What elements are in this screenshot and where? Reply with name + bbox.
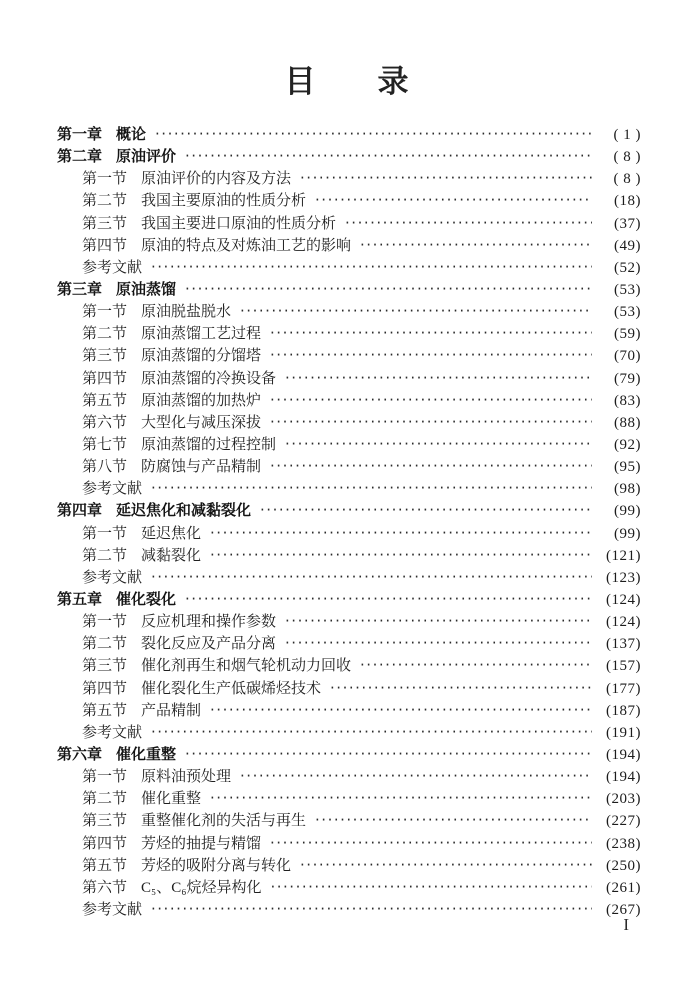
dot-leader (185, 588, 592, 610)
toc-entry: 第七节原油蒸馏的过程控制(92) (57, 433, 641, 455)
toc-entry-page: (92) (599, 434, 641, 456)
dot-leader (210, 522, 592, 544)
toc-entry-page: (59) (599, 323, 641, 345)
dot-leader (315, 809, 592, 831)
dot-leader (285, 367, 592, 389)
dot-leader (185, 743, 592, 765)
toc-entry-label: 第三节 (82, 810, 127, 832)
toc-entry: 第三节我国主要进口原油的性质分析(37) (57, 212, 641, 234)
toc-entry: 第一节原油评价的内容及方法( 8 ) (57, 167, 641, 189)
toc-entry: 第三节重整催化剂的失活与再生(227) (57, 809, 641, 831)
dot-leader (155, 123, 592, 145)
toc-entry-page: (18) (599, 190, 641, 212)
toc-entry-label: 第二节 (82, 633, 127, 655)
toc-entry-label: 第一节 (82, 168, 127, 190)
dot-leader (270, 832, 592, 854)
toc-entry-title: 原油的特点及对炼油工艺的影响 (141, 235, 351, 257)
toc-entry-page: (261) (599, 877, 641, 899)
dot-leader (240, 765, 592, 787)
toc-entry: 参考文献(98) (57, 477, 641, 499)
toc-entry-title: 参考文献 (82, 478, 142, 500)
dot-leader (185, 278, 592, 300)
toc-entry-title: 延迟焦化和减黏裂化 (116, 500, 251, 522)
toc-entry-title: 产品精制 (141, 700, 201, 722)
dot-leader (151, 721, 592, 743)
toc-entry-page: (123) (599, 567, 641, 589)
toc-entry-label: 第五节 (82, 390, 127, 412)
toc-entry-page: (99) (599, 523, 641, 545)
toc-entry-label: 第五节 (82, 700, 127, 722)
toc-entry-label: 第六节 (82, 412, 127, 434)
toc-entry: 第一节反应机理和操作参数(124) (57, 610, 641, 632)
toc-entry: 第五节产品精制(187) (57, 699, 641, 721)
toc-entry-title: 原油评价的内容及方法 (141, 168, 291, 190)
toc-entry-title: 原油评价 (116, 146, 176, 168)
toc-entry: 第二章原油评价( 8 ) (57, 145, 641, 167)
toc-entry: 第一节原料油预处理(194) (57, 765, 641, 787)
dot-leader (270, 344, 592, 366)
toc-entry: 第三节原油蒸馏的分馏塔(70) (57, 344, 641, 366)
dot-leader (285, 632, 592, 654)
toc-entry: 第八节防腐蚀与产品精制(95) (57, 455, 641, 477)
dot-leader (270, 389, 592, 411)
toc-entry-title: 原油蒸馏 (116, 279, 176, 301)
toc-entry: 第四节原油蒸馏的冷换设备(79) (57, 367, 641, 389)
toc-entry-page: (238) (599, 833, 641, 855)
toc-entry-label: 第二节 (82, 323, 127, 345)
toc-entry: 第一节延迟焦化(99) (57, 522, 641, 544)
toc-entry-title: 原油蒸馏的过程控制 (141, 434, 276, 456)
toc-entry: 第二节减黏裂化(121) (57, 544, 641, 566)
toc-entry-title: 参考文献 (82, 722, 142, 744)
toc-entry-title: 裂化反应及产品分离 (141, 633, 276, 655)
toc-entry-label: 第二章 (57, 146, 102, 168)
toc-entry: 第四章延迟焦化和减黏裂化(99) (57, 499, 641, 521)
toc-entry: 第四节芳烃的抽提与精馏(238) (57, 832, 641, 854)
toc-entry: 第二节原油蒸馏工艺过程(59) (57, 322, 641, 344)
toc-entry-label: 第五章 (57, 589, 102, 611)
toc-entry-page: (99) (599, 500, 641, 522)
toc-entry-label: 第八节 (82, 456, 127, 478)
toc-entry-page: (227) (599, 810, 641, 832)
toc-entry: 第三章原油蒸馏(53) (57, 278, 641, 300)
dot-leader (270, 322, 592, 344)
dot-leader (285, 610, 592, 632)
toc-list: 第一章概论( 1 )第二章原油评价( 8 )第一节原油评价的内容及方法( 8 )… (57, 123, 641, 920)
toc-entry-page: ( 1 ) (599, 124, 641, 146)
toc-entry: 参考文献(52) (57, 256, 641, 278)
toc-entry-page: (79) (599, 368, 641, 390)
toc-entry-page: (203) (599, 788, 641, 810)
toc-entry-label: 第六章 (57, 744, 102, 766)
toc-entry-label: 第六节 (82, 877, 127, 899)
toc-entry: 第三节催化剂再生和烟气轮机动力回收(157) (57, 654, 641, 676)
toc-entry: 第四节原油的特点及对炼油工艺的影响(49) (57, 234, 641, 256)
toc-entry-page: (187) (599, 700, 641, 722)
dot-leader (151, 566, 592, 588)
toc-entry-title: 减黏裂化 (141, 545, 201, 567)
toc-entry-page: (194) (599, 744, 641, 766)
toc-entry-title: 催化重整 (116, 744, 176, 766)
toc-entry-label: 第一章 (57, 124, 102, 146)
toc-entry-title: 催化裂化 (116, 589, 176, 611)
toc-entry-page: (53) (599, 279, 641, 301)
toc-entry: 第五章催化裂化(124) (57, 588, 641, 610)
toc-entry-label: 第七节 (82, 434, 127, 456)
toc-entry-label: 第三节 (82, 655, 127, 677)
page-title: 目 录 (0, 0, 693, 101)
toc-entry-label: 第四节 (82, 368, 127, 390)
toc-entry-page: (70) (599, 345, 641, 367)
toc-entry-page: ( 8 ) (599, 168, 641, 190)
dot-leader (300, 167, 592, 189)
toc-entry-page: (121) (599, 545, 641, 567)
toc-entry-page: (124) (599, 589, 641, 611)
toc-entry-title: 催化裂化生产低碳烯烃技术 (141, 678, 321, 700)
toc-entry-page: (177) (599, 678, 641, 700)
toc-entry-page: (37) (599, 213, 641, 235)
toc-entry-page: (137) (599, 633, 641, 655)
toc-entry: 第六节C₅、C₆烷烃异构化(261) (57, 876, 641, 898)
dot-leader (210, 787, 592, 809)
toc-entry: 第四节催化裂化生产低碳烯烃技术(177) (57, 677, 641, 699)
toc-entry-page: (191) (599, 722, 641, 744)
toc-entry-page: (157) (599, 655, 641, 677)
toc-entry-title: 芳烃的吸附分离与转化 (141, 855, 291, 877)
dot-leader (260, 499, 592, 521)
toc-entry-title: C₅、C₆烷烃异构化 (141, 877, 261, 899)
toc-entry-title: 原料油预处理 (141, 766, 231, 788)
toc-entry-page: (88) (599, 412, 641, 434)
toc-entry-title: 我国主要原油的性质分析 (141, 190, 306, 212)
toc-entry: 第五节原油蒸馏的加热炉(83) (57, 389, 641, 411)
toc-entry-page: (53) (599, 301, 641, 323)
toc-entry-page: (194) (599, 766, 641, 788)
dot-leader (270, 455, 592, 477)
toc-entry-label: 第二节 (82, 190, 127, 212)
dot-leader (185, 145, 592, 167)
toc-entry: 第五节芳烃的吸附分离与转化(250) (57, 854, 641, 876)
toc-entry: 第一章概论( 1 ) (57, 123, 641, 145)
toc-entry-page: (83) (599, 390, 641, 412)
toc-entry-label: 第一节 (82, 523, 127, 545)
toc-entry-label: 第二节 (82, 545, 127, 567)
toc-entry-title: 原油蒸馏的冷换设备 (141, 368, 276, 390)
toc-entry-label: 第五节 (82, 855, 127, 877)
dot-leader (285, 433, 592, 455)
dot-leader (151, 898, 592, 920)
toc-entry-page: (267) (599, 899, 641, 921)
toc-entry: 第二节催化重整(203) (57, 787, 641, 809)
toc-entry-page: (49) (599, 235, 641, 257)
toc-entry-title: 原油蒸馏的加热炉 (141, 390, 261, 412)
dot-leader (300, 854, 592, 876)
toc-entry-label: 第四节 (82, 678, 127, 700)
toc-entry: 第二节裂化反应及产品分离(137) (57, 632, 641, 654)
toc-entry-page: (95) (599, 456, 641, 478)
toc-entry-page: ( 8 ) (599, 146, 641, 168)
toc-entry-title: 原油蒸馏工艺过程 (141, 323, 261, 345)
toc-entry-title: 参考文献 (82, 899, 142, 921)
toc-entry-title: 原油蒸馏的分馏塔 (141, 345, 261, 367)
toc-page: 目 录 第一章概论( 1 )第二章原油评价( 8 )第一节原油评价的内容及方法(… (0, 0, 693, 985)
toc-entry-title: 概论 (116, 124, 146, 146)
toc-entry-label: 第一节 (82, 766, 127, 788)
dot-leader (151, 477, 592, 499)
toc-entry-title: 防腐蚀与产品精制 (141, 456, 261, 478)
toc-entry-label: 第三节 (82, 345, 127, 367)
toc-entry-title: 参考文献 (82, 257, 142, 279)
dot-leader (210, 699, 592, 721)
toc-entry-title: 原油脱盐脱水 (141, 301, 231, 323)
toc-entry-title: 重整催化剂的失活与再生 (141, 810, 306, 832)
dot-leader (330, 677, 592, 699)
toc-entry-label: 第四节 (82, 833, 127, 855)
folio-page-number: I (623, 915, 629, 935)
toc-entry-title: 大型化与减压深拔 (141, 412, 261, 434)
toc-entry: 参考文献(267) (57, 898, 641, 920)
dot-leader (151, 256, 592, 278)
toc-entry-title: 参考文献 (82, 567, 142, 589)
toc-entry: 第二节我国主要原油的性质分析(18) (57, 189, 641, 211)
toc-entry: 参考文献(191) (57, 721, 641, 743)
dot-leader (270, 411, 592, 433)
dot-leader (360, 234, 592, 256)
toc-entry-page: (98) (599, 478, 641, 500)
toc-entry: 第一节原油脱盐脱水(53) (57, 300, 641, 322)
toc-entry-title: 芳烃的抽提与精馏 (141, 833, 261, 855)
toc-entry-label: 第一节 (82, 301, 127, 323)
toc-entry-label: 第四章 (57, 500, 102, 522)
toc-entry-title: 反应机理和操作参数 (141, 611, 276, 633)
toc-entry-page: (52) (599, 257, 641, 279)
toc-entry: 第六章催化重整(194) (57, 743, 641, 765)
dot-leader (271, 876, 593, 898)
dot-leader (315, 189, 592, 211)
toc-entry: 第六节大型化与减压深拔(88) (57, 411, 641, 433)
toc-entry-title: 催化剂再生和烟气轮机动力回收 (141, 655, 351, 677)
toc-entry-label: 第三节 (82, 213, 127, 235)
toc-entry-label: 第一节 (82, 611, 127, 633)
toc-entry-label: 第二节 (82, 788, 127, 810)
toc-entry-title: 延迟焦化 (141, 523, 201, 545)
toc-entry-page: (124) (599, 611, 641, 633)
toc-entry-page: (250) (599, 855, 641, 877)
dot-leader (240, 300, 592, 322)
toc-entry-title: 催化重整 (141, 788, 201, 810)
dot-leader (360, 654, 592, 676)
toc-entry-label: 第四节 (82, 235, 127, 257)
toc-entry-label: 第三章 (57, 279, 102, 301)
dot-leader (210, 544, 592, 566)
toc-entry: 参考文献(123) (57, 566, 641, 588)
toc-entry-title: 我国主要进口原油的性质分析 (141, 213, 336, 235)
dot-leader (345, 212, 592, 234)
